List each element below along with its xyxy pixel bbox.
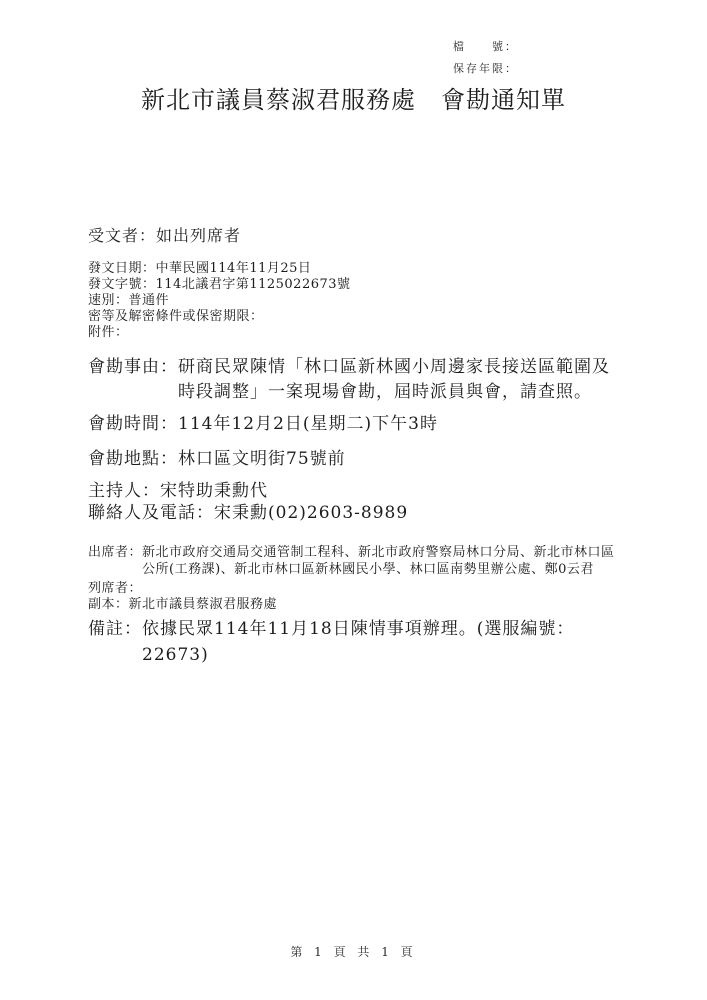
doc-number-label: 發文字號： xyxy=(88,277,156,293)
classification-label: 密等及解密條件或保密期限： xyxy=(88,309,264,325)
host-row: 主持人： 宋特助秉勳代 xyxy=(88,480,625,502)
inspection-time-value: 114年12月2日(星期二)下午3時 xyxy=(178,412,625,436)
inspection-subject-row: 會勘事由： 研商民眾陳情「林口區新林國小周邊家長接送區範圍及時段調整」一案現場會… xyxy=(88,355,625,405)
priority-row: 速別： 普通件 xyxy=(88,293,625,309)
priority-value: 普通件 xyxy=(129,293,625,309)
carbon-copy-row: 副本： 新北市議員蔡淑君服務處 xyxy=(88,597,625,613)
carbon-copy-label: 副本： xyxy=(88,597,129,613)
inspection-location-value: 林口區文明街75號前 xyxy=(178,447,625,471)
inspection-location-row: 會勘地點： 林口區文明街75號前 xyxy=(88,447,625,471)
document-body: 受文者： 如出列席者 發文日期： 中華民國114年11月25日 發文字號： 11… xyxy=(88,0,625,668)
recipient-label: 受文者： xyxy=(88,225,156,247)
remarks-row: 備註： 依據民眾114年11月18日陳情事項辦理。(選服編號：22673) xyxy=(88,616,625,668)
priority-label: 速別： xyxy=(88,293,129,309)
inspection-subject-value: 研商民眾陳情「林口區新林國小周邊家長接送區範圍及時段調整」一案現場會勘，屆時派員… xyxy=(178,355,625,405)
attachment-label: 附件： xyxy=(88,325,129,341)
document-page: 檔 號： 保存年限： 新北市議員蔡淑君服務處 會勘通知單 受文者： 如出列席者 … xyxy=(0,0,707,1000)
carbon-copy-value: 新北市議員蔡淑君服務處 xyxy=(129,597,625,613)
attachment-row: 附件： xyxy=(88,325,625,341)
contact-row: 聯絡人及電話： 宋秉勳(02)2603-8989 xyxy=(88,502,625,524)
classification-row: 密等及解密條件或保密期限： xyxy=(88,309,625,325)
attendees-row: 出席者： 新北市政府交通局交通管制工程科、新北市政府警察局林口分局、新北市林口區… xyxy=(88,544,625,578)
page-number-footer: 第 1 頁 共 1 頁 xyxy=(0,943,707,960)
observers-row: 列席者： xyxy=(88,581,625,597)
doc-number-value: 114北議君字第1125022673號 xyxy=(156,277,625,293)
remarks-label: 備註： xyxy=(88,616,142,642)
meta-block: 發文日期： 中華民國114年11月25日 發文字號： 114北議君字第11250… xyxy=(88,261,625,341)
issue-date-value: 中華民國114年11月25日 xyxy=(156,261,625,277)
host-value: 宋特助秉勳代 xyxy=(160,480,625,502)
recipient-value: 如出列席者 xyxy=(156,225,625,247)
contact-value: 宋秉勳(02)2603-8989 xyxy=(214,502,625,524)
remarks-value: 依據民眾114年11月18日陳情事項辦理。(選服編號：22673) xyxy=(142,616,625,668)
inspection-location-label: 會勘地點： xyxy=(88,447,178,471)
doc-number-row: 發文字號： 114北議君字第1125022673號 xyxy=(88,277,625,293)
host-label: 主持人： xyxy=(88,480,160,502)
observers-label: 列席者： xyxy=(88,581,142,597)
inspection-subject-label: 會勘事由： xyxy=(88,355,178,380)
attendees-label: 出席者： xyxy=(88,544,142,561)
issue-date-label: 發文日期： xyxy=(88,261,156,277)
recipient-row: 受文者： 如出列席者 xyxy=(88,225,625,247)
attendees-value: 新北市政府交通局交通管制工程科、新北市政府警察局林口分局、新北市林口區公所(工務… xyxy=(142,544,625,578)
inspection-time-label: 會勘時間： xyxy=(88,412,178,436)
inspection-time-row: 會勘時間： 114年12月2日(星期二)下午3時 xyxy=(88,412,625,436)
issue-date-row: 發文日期： 中華民國114年11月25日 xyxy=(88,261,625,277)
contact-label: 聯絡人及電話： xyxy=(88,502,214,524)
